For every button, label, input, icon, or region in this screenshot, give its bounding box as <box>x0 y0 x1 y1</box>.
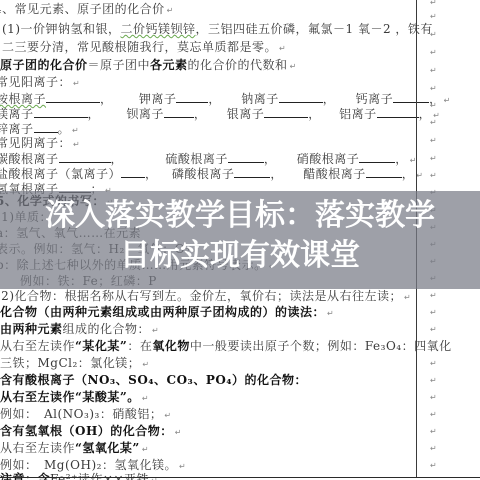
paragraph-mark-icon: ↵ <box>430 136 437 145</box>
paragraph-mark-icon: ↵ <box>430 427 437 436</box>
rhyme-line-1: (1)一价钾钠氢和银，二价钙镁钡锌，三铝四硅五价磷，氟氯－1 氧－2 ，铁有 <box>2 22 433 36</box>
paragraph-mark-icon: ↵ <box>430 48 437 57</box>
paragraph-mark-icon: ↵ <box>430 84 437 93</box>
overlay-title-line-2: 目标实现有效课堂 <box>0 236 480 276</box>
paragraph-mark-icon: ↵ <box>430 154 437 163</box>
anions-heading: 常见阴离子：↵ <box>0 136 80 152</box>
fill-blank[interactable] <box>279 91 323 103</box>
fill-blank[interactable] <box>121 166 145 178</box>
binary-compound-rule: 从右至左读作“某化某”：在氧化物中一般要读出原子个数；例如：Fe₃O₄：四氧化 <box>0 339 452 353</box>
paragraph-mark-icon: ↵ <box>430 0 437 7</box>
paragraph-mark-icon: ↵ <box>430 118 437 127</box>
fill-blank[interactable] <box>228 151 264 163</box>
binary-compound-heading: 由两种元素组成的化合物：↵ <box>0 322 159 338</box>
compound-rule: (2)化合物：根据名称从右写到左。金价左，氧价右；读法是从右往左读；↵ <box>0 289 411 305</box>
fill-blank[interactable] <box>34 121 58 133</box>
fill-blank[interactable] <box>359 151 395 163</box>
paragraph-mark-icon: ↵ <box>430 171 437 180</box>
cations-heading: 常见阳离子：↵ <box>0 75 80 91</box>
paragraph-mark-icon: ↵ <box>430 410 437 419</box>
paragraph-mark-icon: ↵ <box>430 325 437 334</box>
fill-blank[interactable] <box>176 91 208 103</box>
paragraph-mark-icon: ↵ <box>430 291 437 300</box>
paragraph-mark-icon: ↵ <box>430 359 437 368</box>
paragraph-mark-icon: ↵ <box>430 461 437 470</box>
hydroxide-heading: 含有氢氧根（OH）的化合物：↵ <box>0 424 182 440</box>
paragraph-mark-icon: ↵ <box>430 12 437 21</box>
fill-blank[interactable] <box>264 106 308 118</box>
overlay-title: 深入落实教学目标：落实教学 目标实现有效课堂 <box>0 196 480 276</box>
fill-blank[interactable] <box>34 106 88 118</box>
fill-blank[interactable] <box>59 151 111 163</box>
paragraph-mark-icon: ↵ <box>430 66 437 75</box>
radical-valence-definition: 原子团的化合价＝原子团中各元素的化合价的代数和↵ <box>0 58 297 74</box>
overlay-title-line-1: 深入落实教学目标：落实教学 <box>0 196 480 236</box>
paragraph-mark-icon: ↵ <box>430 30 437 39</box>
fill-blank[interactable] <box>377 106 419 118</box>
compound-reading-title: 化合物（由两种元素组成或由两种原子团构成的）的读法：↵ <box>0 305 334 321</box>
paragraph-mark-icon: ↵ <box>430 444 437 453</box>
binary-compound-example: 三铁；MgCl₂：氯化镁；↵ <box>0 356 150 372</box>
table-bottom-border <box>0 477 480 478</box>
fill-blank[interactable] <box>46 91 100 103</box>
fill-blank[interactable] <box>164 106 194 118</box>
paragraph-mark-icon: ↵ <box>430 342 437 351</box>
paragraph-mark-icon: ↵ <box>430 101 437 110</box>
paragraph-mark-icon: ↵ <box>430 376 437 385</box>
rhyme-line-2: 二三要分清，常见酸根随我行，莫忘单质都是零。↵ <box>2 40 286 56</box>
fill-blank[interactable] <box>366 166 402 178</box>
paragraph-mark-icon: ↵ <box>430 393 437 402</box>
acid-radical-heading: 含有酸根离子（NO₃、SO₄、CO₃、PO₄）的化合物： <box>0 373 307 387</box>
fill-blank[interactable] <box>393 91 429 103</box>
acid-radical-example: 例如： Al(NO₃)₃：硝酸铝；↵ <box>0 407 172 423</box>
document-page: 4、常见元素、原子团的化合价↵ (1)一价钾钠氢和银，二价钙镁钡锌，三铝四硅五价… <box>0 0 480 480</box>
hydroxide-rule: 从右至左读作“氢氧化某”↵ <box>0 441 149 457</box>
paragraph-mark-icon: ↵ <box>430 308 437 317</box>
section4-title: 4、常见元素、原子团的化合价↵ <box>0 2 174 18</box>
acid-radical-rule: 从右至左读作“某酸某”。↵ <box>0 390 149 406</box>
note-line: 注意：含Fe²⁺读作××亚铁↵ <box>0 472 158 480</box>
fill-blank[interactable] <box>234 166 270 178</box>
